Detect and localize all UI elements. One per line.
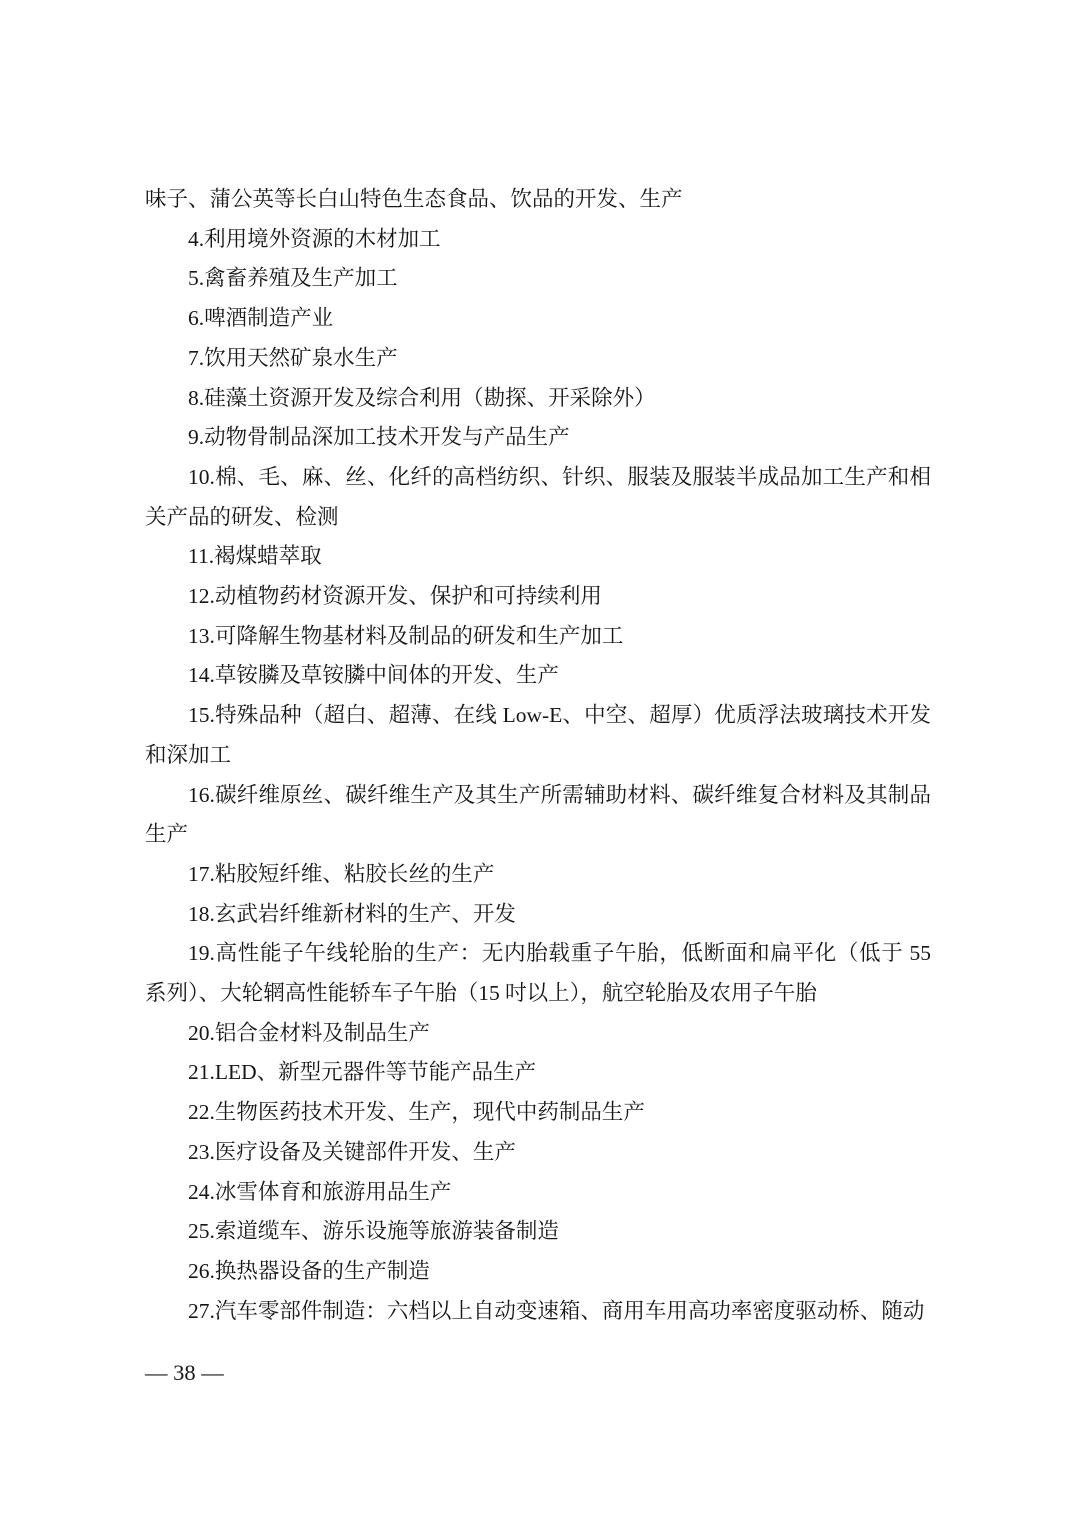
paragraph: 11.褐煤蜡萃取: [145, 537, 931, 577]
paragraph: 4.利用境外资源的木材加工: [145, 220, 931, 260]
paragraph: 18.玄武岩纤维新材料的生产、开发: [145, 895, 931, 935]
paragraph: 23.医疗设备及关键部件开发、生产: [145, 1133, 931, 1173]
paragraph: 9.动物骨制品深加工技术开发与产品生产: [145, 418, 931, 458]
paragraph: 24.冰雪体育和旅游用品生产: [145, 1173, 931, 1213]
paragraph: 15.特殊品种（超白、超薄、在线 Low-E、中空、超厚）优质浮法玻璃技术开发和…: [145, 696, 931, 775]
paragraph: 味子、蒲公英等长白山特色生态食品、饮品的开发、生产: [145, 180, 931, 220]
paragraph: 19.高性能子午线轮胎的生产：无内胎载重子午胎，低断面和扁平化（低于 55 系列…: [145, 934, 931, 1013]
paragraph: 27.汽车零部件制造：六档以上自动变速箱、商用车用高功率密度驱动桥、随动: [145, 1292, 931, 1332]
paragraph: 6.啤酒制造产业: [145, 299, 931, 339]
paragraph: 8.硅藻土资源开发及综合利用（勘探、开采除外）: [145, 379, 931, 419]
paragraph: 7.饮用天然矿泉水生产: [145, 339, 931, 379]
paragraph: 10.棉、毛、麻、丝、化纤的高档纺织、针织、服装及服装半成品加工生产和相关产品的…: [145, 458, 931, 537]
paragraph: 22.生物医药技术开发、生产，现代中药制品生产: [145, 1093, 931, 1133]
document-body: 味子、蒲公英等长白山特色生态食品、饮品的开发、生产4.利用境外资源的木材加工5.…: [145, 180, 931, 1331]
page-number: — 38 —: [145, 1355, 224, 1391]
paragraph: 17.粘胶短纤维、粘胶长丝的生产: [145, 855, 931, 895]
paragraph: 13.可降解生物基材料及制品的研发和生产加工: [145, 617, 931, 657]
paragraph: 26.换热器设备的生产制造: [145, 1252, 931, 1292]
paragraph: 16.碳纤维原丝、碳纤维生产及其生产所需辅助材料、碳纤维复合材料及其制品生产: [145, 776, 931, 855]
paragraph: 14.草铵膦及草铵膦中间体的开发、生产: [145, 656, 931, 696]
document-page: 味子、蒲公英等长白山特色生态食品、饮品的开发、生产4.利用境外资源的木材加工5.…: [0, 0, 1074, 1520]
paragraph: 20.铝合金材料及制品生产: [145, 1014, 931, 1054]
paragraph: 12.动植物药材资源开发、保护和可持续利用: [145, 577, 931, 617]
paragraph: 21.LED、新型元器件等节能产品生产: [145, 1053, 931, 1093]
paragraph: 5.禽畜养殖及生产加工: [145, 259, 931, 299]
paragraph: 25.索道缆车、游乐设施等旅游装备制造: [145, 1212, 931, 1252]
